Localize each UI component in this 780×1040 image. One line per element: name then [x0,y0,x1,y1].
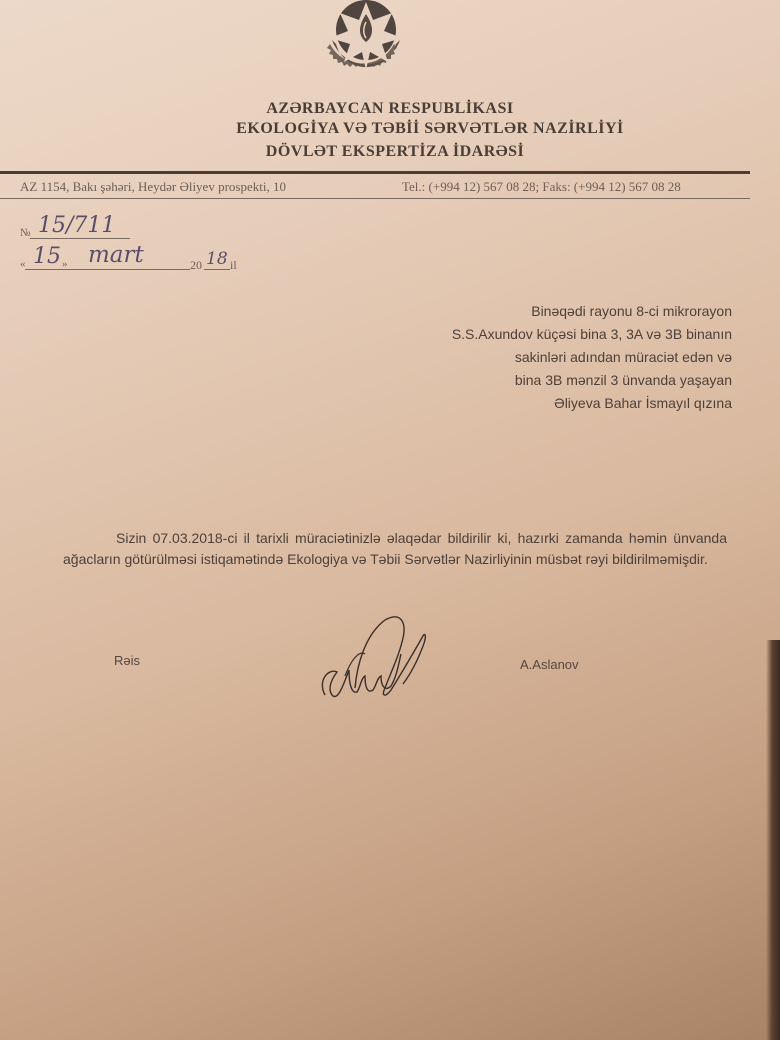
date-year-prefix: 20 [190,258,202,273]
letterhead-ministry: EKOLOGİYA VƏ TƏBİİ SƏRVƏTLƏR NAZİRLİYİ [40,120,780,138]
year-underline [204,269,230,270]
date-year-suffix: il [230,258,237,273]
date-underline [25,269,190,270]
letterhead-department: DÖVLƏT EKSPERTİZA İDARƏSİ [5,143,780,161]
reference-number-underline [30,238,130,239]
reference-number: 15/711 [38,213,115,238]
page-edge-shadow [766,640,780,1040]
recipient-line: sakinləri adından müraciət edən və [332,346,732,369]
signatory-title: Rəis [114,653,140,668]
letterhead-subdivider [0,198,750,199]
date-year: 18 [206,249,228,269]
recipient-line: Əliyeva Bahar İsmayıl qızına [332,392,732,415]
recipient-line: Binəqədi rayonu 8-ci mikrorayon [332,300,732,323]
letterhead-contacts: Tel.: (+994 12) 567 08 28; Faks: (+994 1… [402,179,681,195]
recipient-line: bina 3B mənzil 3 ünvanda yaşayan [332,369,732,392]
recipient-address: Binəqədi rayonu 8-ci mikrorayon S.S.Axun… [332,300,732,415]
letter-page: AZƏRBAYCAN RESPUBLİKASI EKOLOGİYA VƏ TƏB… [0,0,780,1040]
signatory-name: A.Aslanov [520,657,579,672]
body-paragraph: Sizin 07.03.2018-ci il tarixli müraciəti… [63,528,727,570]
letter-body: Sizin 07.03.2018-ci il tarixli müraciəti… [63,528,727,570]
letterhead-address: AZ 1154, Bakı şəhəri, Heydər Əliyev pros… [20,179,286,195]
number-label: № [20,227,31,239]
state-emblem-icon [318,0,414,90]
date-day: 15 [33,244,61,269]
recipient-line: S.S.Axundov küçəsi bina 3, 3A və 3B bina… [332,323,732,346]
letterhead-divider [0,171,750,174]
letterhead-country: AZƏRBAYCAN RESPUBLİKASI [0,100,780,118]
signature-icon [315,610,445,705]
date-month: mart [88,242,144,268]
